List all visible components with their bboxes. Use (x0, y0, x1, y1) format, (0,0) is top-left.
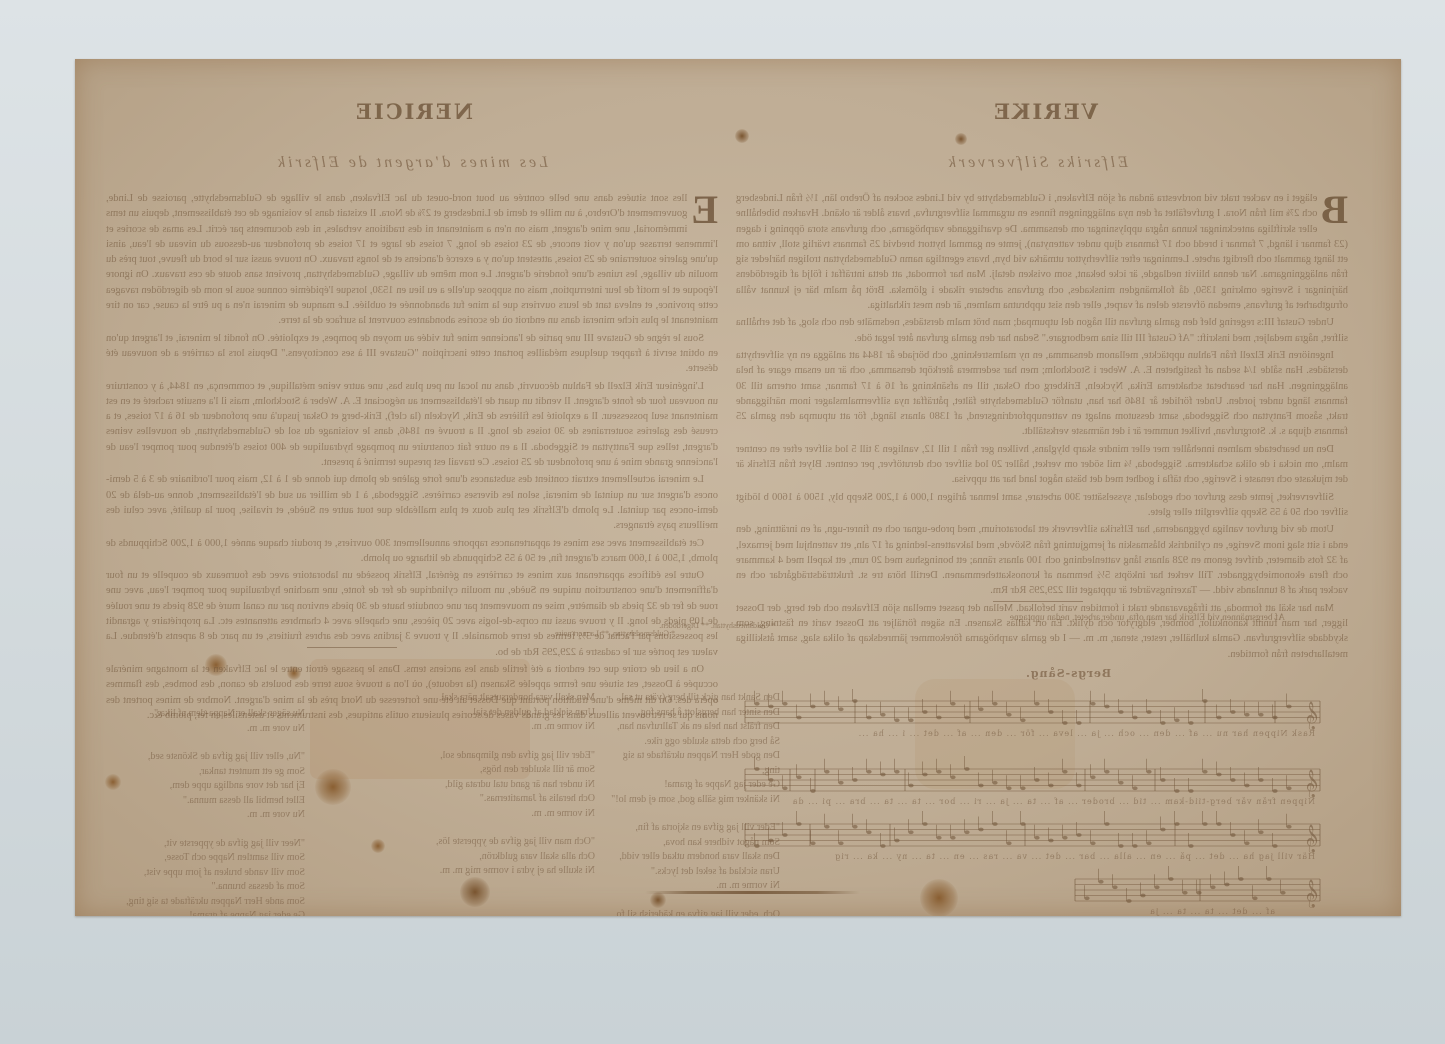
verse-line: Som af dessas brunna." (115, 880, 305, 895)
svg-text:𝄞: 𝄞 (1306, 769, 1320, 798)
verse-line: "Och man vill jag gifva de ypperste lös, (400, 835, 595, 850)
verse-line: Den skall vara hondern utkad eller vidd, (610, 850, 780, 865)
paragraph: L'ingénieur Erik Elzell de Fahlun découv… (106, 379, 718, 471)
paragraph: Utom de vid grufvor vanliga byggnaderna,… (736, 522, 1348, 598)
verse-stanza: Den Sankt han gick till berg (väta ut sa… (610, 691, 780, 807)
verse-line: Nu vore m. m. (115, 808, 305, 823)
left-page-heading: NERICIE (354, 99, 473, 124)
svg-text:𝄞: 𝄞 (1306, 879, 1320, 908)
verse-line: Ellet hembil all dessa munna." (115, 794, 305, 809)
footnote-rule (307, 647, 397, 648)
verse-line: Och, eder vill jag gifva en käderish sil… (610, 908, 780, 917)
verse-line: Den gode Herr Nappen ukräftade ta sig ti… (610, 749, 780, 778)
right-page: VERIKE Elfsriks Silfververk B eläget i e… (730, 99, 1348, 659)
verse-line: Nu säger skall er Nappa-dem af lika." (115, 707, 305, 722)
verse-stanza: "Eder vill jag gifva den glimpande sol,S… (400, 749, 595, 822)
verse-line: Ge eder jag Nappe af grama! (115, 909, 305, 916)
verse-line: Den Sankt han gick till berg (väta ut sa… (610, 691, 780, 706)
verse-line: "Eder vill jag gifva den glimpande sol, (400, 749, 595, 764)
verse-stanza: Men skall vara hondersutsalt nära skal,U… (400, 691, 595, 735)
svg-text:𝄞: 𝄞 (1306, 824, 1320, 853)
paragraph: Man har skäl att formoda, att ifrågavara… (736, 601, 1348, 662)
verse-line: Som något vidhere kan hova, (610, 836, 780, 851)
section-rule (993, 601, 1083, 602)
verse-stanza: "Neer vill jag gifva de ypperste vit,Som… (115, 837, 305, 917)
verse-line: Nu vore m. m. (115, 722, 305, 737)
lyrics-line: af ... det ... ta ... ta ... ja (1075, 907, 1275, 916)
lyrics-line: Här vill jag ha ... det ... på ... en ..… (755, 852, 1315, 861)
paragraph: Silfververket, jemte dess grufvor och eg… (736, 490, 1348, 521)
verse-footnote: * Guldsmedshyttan. ** Digerdöden. (615, 621, 775, 630)
right-page-subtitle: Elfsriks Silfververk (946, 154, 1128, 172)
verse-line: Ge eder jag Nappe af grama! (610, 778, 780, 793)
verse-line: Som ande Herr Nappen ukräftade ta sig ti… (115, 895, 305, 910)
verse-column-3: Den Sankt han gick till berg (väta ut sa… (610, 691, 780, 916)
verse-line: Som ge ett muntert tankar, (115, 765, 305, 780)
verse-column-2: Men skall vara hondersutsalt nära skal,U… (400, 691, 595, 893)
verse-line: Men skall vara hondersutsalt nära skal, (400, 691, 595, 706)
music-title: Bergs-Sång. (1025, 667, 1111, 680)
paragraph: Sous le règne de Gustave III une partie … (106, 331, 718, 377)
svg-text:𝄞: 𝄞 (1306, 701, 1320, 730)
foxing-stain (371, 839, 385, 853)
verse-line: Ni skänker mig sälla god, som ej dem lo!… (610, 793, 780, 808)
verse-stanza: "Eder vill jag gifva en skjorta af fin,S… (610, 821, 780, 894)
verse-line: Och heralis af Jamatiternas." (400, 792, 595, 807)
verse-line: Och alla skall vara guldkrön, (400, 850, 595, 865)
verse-line: Ni vorme m. m. (400, 720, 595, 735)
verse-line: Den frälst han hela en ak Tallrufvan han… (610, 720, 780, 735)
verse-line: Som vill vande bruken af jorn uppe vist, (115, 866, 305, 881)
paragraph: eläget i en vacker trakt vid nordvestra … (736, 191, 1348, 313)
verse-line: Uran sicklad af gulden det sjal. (400, 706, 595, 721)
right-page-heading: VERIKE (992, 99, 1098, 124)
decorative-rule (645, 891, 860, 894)
right-page-body: B eläget i en vacker trakt vid nordvestr… (736, 191, 1348, 664)
dropcap: B (1321, 193, 1348, 227)
verse-line: "Neer vill jag gifva de ypperste vit, (115, 837, 305, 852)
verse-column-1: Nu säger skall er Nappa-dem af lika."Nu … (115, 707, 305, 916)
paper-sheet: NERICIE Les mines d'argent de Elfsrik E … (75, 59, 1401, 916)
paragraph: lles sont situées dans une belle contrée… (106, 191, 718, 329)
verse-stanza: Nu säger skall er Nappa-dem af lika."Nu … (115, 707, 305, 736)
verse-line: Ni under han är gand utal udrata gild, (400, 778, 595, 793)
left-page-body: E lles sont situées dans une belle contr… (106, 191, 718, 725)
verse-line: Som vill samtlen Nappe och Tosse, (115, 851, 305, 866)
verse-stanza: "Nu, eller vill jag gifva de Skönste sed… (115, 750, 305, 823)
verse-line: Uran sicklad af sekel det lycks." (610, 865, 780, 880)
left-page-subtitle: Les mines d'argent de Elfsrik (275, 154, 548, 172)
paragraph: Den nu bearbetade malmen innehåller mer … (736, 442, 1348, 488)
verse-line: Den sinter han bergslott å hans fog, (610, 706, 780, 721)
lyrics-line: Nippen från vår berg-tiid-kam ... tid ..… (755, 797, 1315, 806)
verse-stanza: Och, eder vill jag gifva en käderish sil… (610, 908, 780, 917)
paragraph: Outre les édifices appartenant aux mines… (106, 568, 718, 660)
verse-line: Som är till skulder den högs, (400, 763, 595, 778)
lyrics-line: Rask Nippen har nu ... af ... den ... oc… (775, 729, 1315, 738)
paragraph: Cet établissement avec ses mines et appa… (106, 536, 718, 567)
verse-line: Så berg och detta skulde ogg rike. (610, 735, 780, 750)
paragraph: Under Gustaf III:s regering blef den gam… (736, 315, 1348, 346)
verse-line: "Eder vill jag gifva en skjorta af fin, (610, 821, 780, 836)
dropcap: E (691, 193, 718, 227)
left-footnote: * Guldsmedshyttan, ** La mort noire. (415, 629, 675, 638)
verse-stanza: "Och man vill jag gifva de ypperste lös,… (400, 835, 595, 879)
closing-line: Af bergsmännen vid Elfsrik har man ofta,… (905, 613, 1285, 623)
verse-line: Ej har det vore andliga uppe dem, (115, 779, 305, 794)
verse-line: Ni skulle ha ej ydra i vorme mig m. m. (400, 864, 595, 879)
verse-line: "Nu, eller vill jag gifva de Skönste sed… (115, 750, 305, 765)
paragraph: Ingeniören Erik Elzell från Fahlun upptä… (736, 348, 1348, 440)
paragraph: Le minerai actuellement extrait contient… (106, 472, 718, 533)
verse-line: Ni vorme m. m. (400, 807, 595, 822)
left-page: NERICIE Les mines d'argent de Elfsrik E … (100, 99, 718, 659)
